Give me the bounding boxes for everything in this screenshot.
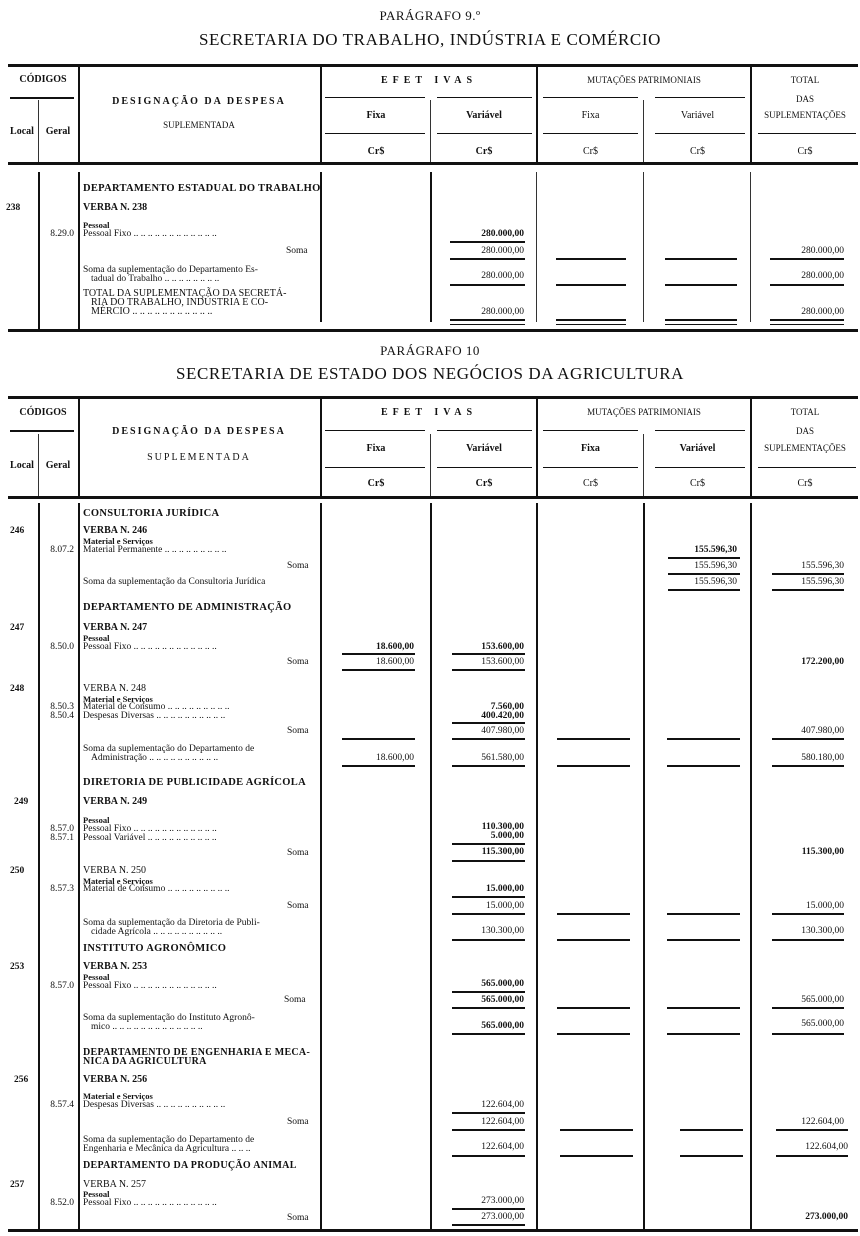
currency-2-2: Cr$ — [432, 478, 536, 489]
efet-var-565000: 565.000,00 — [432, 979, 524, 989]
verba-256: VERBA N. 256 — [83, 1075, 147, 1085]
local-header-2: Local — [6, 460, 38, 471]
item-pessoal-fixo-247: Pessoal Fixo .. .. .. .. .. .. .. .. .. … — [83, 642, 217, 652]
sup-consultoria-label: Soma da suplementação da Consultoria Jur… — [83, 577, 265, 587]
verba-250: VERBA N. 250 — [83, 866, 146, 876]
code-8-57-0-253: 8.57.0 — [38, 981, 74, 991]
verba-253: VERBA N. 253 — [83, 962, 147, 972]
verba-247: VERBA N. 247 — [83, 623, 147, 633]
sup-administracao-label-2: Administração .. .. .. .. .. .. .. .. ..… — [91, 753, 218, 763]
soma-257: Soma — [287, 1213, 309, 1223]
item-material-consumo-250: Material de Consumo .. .. .. .. .. .. ..… — [83, 884, 229, 894]
sup-engenharia-var: 122.604,00 — [432, 1142, 524, 1152]
geral-header-2: Geral — [38, 460, 78, 471]
mutacoes-fixa-header-2: Fixa — [538, 443, 643, 454]
soma-256: Soma — [287, 1117, 309, 1127]
code-8-50-4: 8.50.4 — [38, 711, 74, 721]
soma-257-total: 273.000,00 — [752, 1212, 848, 1222]
item-label: Pessoal Fixo .. .. .. .. .. .. .. .. .. … — [83, 229, 217, 239]
item-despesas-diversas-248: Despesas Diversas .. .. .. .. .. .. .. .… — [83, 711, 225, 721]
efetivas-variavel-header: Variável — [432, 110, 536, 121]
total-header-3: SUPLEMENTAÇÕES — [752, 110, 858, 120]
total-header-2-2: DAS — [752, 426, 858, 436]
efet-var-153600: 153.600,00 — [432, 642, 524, 652]
sup-administracao-var: 561.580,00 — [432, 753, 524, 763]
currency-5: Cr$ — [752, 146, 858, 157]
soma-total-value: 280.000,00 — [752, 246, 844, 256]
soma-variavel-value: 280.000,00 — [432, 246, 524, 256]
section-title-2: SECRETARIA DE ESTADO DOS NEGÓCIOS DA AGR… — [0, 364, 860, 384]
dept-consultoria: CONSULTORIA JURÍDICA — [83, 509, 219, 519]
local-header: Local — [6, 126, 38, 137]
total-header-2-1: TOTAL — [752, 407, 858, 417]
suplementada-header-2: SUPLEMENTADA — [80, 452, 318, 463]
verba-249: VERBA N. 249 — [83, 797, 147, 807]
soma-label: Soma — [286, 246, 308, 256]
item-pessoal-fixo-257: Pessoal Fixo .. .. .. .. .. .. .. .. .. … — [83, 1198, 217, 1208]
local-250: 250 — [10, 866, 24, 876]
total-variavel-value: 280.000,00 — [432, 307, 524, 317]
currency-3: Cr$ — [538, 146, 643, 157]
efet-var-273000: 273.000,00 — [432, 1196, 524, 1206]
item-material-permanente: Material Permanente .. .. .. .. .. .. ..… — [83, 545, 227, 555]
currency-4: Cr$ — [645, 146, 750, 157]
currency-2-3: Cr$ — [538, 478, 643, 489]
sup-engenharia-total: 122.604,00 — [752, 1142, 848, 1152]
soma-246: Soma — [287, 561, 309, 571]
code-8-57-1: 8.57.1 — [38, 833, 74, 843]
codigos-header-2: CÓDIGOS — [8, 407, 78, 418]
sup-label-2: tadual do Trabalho .. .. .. .. .. .. .. … — [91, 274, 219, 284]
section-title: SECRETARIA DO TRABALHO, INDÚSTRIA E COMÉ… — [0, 30, 860, 50]
verba-label: VERBA N. 238 — [83, 203, 147, 213]
soma-247-total: 172.200,00 — [752, 657, 844, 667]
local-248: 248 — [10, 684, 24, 694]
local-246: 246 — [10, 526, 24, 536]
geral-header: Geral — [38, 126, 78, 137]
code-8-50-0: 8.50.0 — [38, 642, 74, 652]
efetivas-header-2: EFET IVAS — [322, 407, 536, 418]
verba-local-code: 238 — [6, 203, 20, 213]
code-8-07-2: 8.07.2 — [38, 545, 74, 555]
local-247: 247 — [10, 623, 24, 633]
sup-consultoria-mut-var: 155.596,30 — [645, 577, 737, 587]
mutacoes-variavel-header: Variável — [645, 110, 750, 121]
dept-producao: DEPARTAMENTO DA PRODUÇÃO ANIMAL — [83, 1161, 297, 1171]
geral-code: 8.29.0 — [38, 229, 74, 239]
dept-engenharia-2: NICA DA AGRICULTURA — [83, 1057, 207, 1067]
sup-administracao-fixa: 18.600,00 — [322, 753, 414, 763]
suplementada-header: SUPLEMENTADA — [80, 120, 318, 130]
item-pessoal-variavel-249: Pessoal Variável .. .. .. .. .. .. .. ..… — [83, 833, 217, 843]
soma-256-var: 122.604,00 — [432, 1117, 524, 1127]
item-pessoal-fixo-253: Pessoal Fixo .. .. .. .. .. .. .. .. .. … — [83, 981, 217, 991]
soma-253-var: 565.000,00 — [432, 995, 524, 1005]
total-header-2-3: SUPLEMENTAÇÕES — [752, 443, 858, 453]
currency-2: Cr$ — [432, 146, 536, 157]
mut-var-155596: 155.596,30 — [645, 545, 737, 555]
sup-publicidade-var: 130.300,00 — [432, 926, 524, 936]
efet-var-5000: 5.000,00 — [432, 831, 524, 841]
efetivas-variavel-value: 280.000,00 — [432, 229, 524, 239]
soma-256-total: 122.604,00 — [752, 1117, 844, 1127]
total-header-2: DAS — [752, 94, 858, 104]
codigos-header: CÓDIGOS — [8, 74, 78, 85]
sup-engenharia-label-2: Engenharia e Mecânica da Agricultura .. … — [83, 1144, 251, 1154]
code-8-57-4: 8.57.4 — [38, 1100, 74, 1110]
dept-title: DEPARTAMENTO ESTADUAL DO TRABALHO — [83, 184, 321, 194]
soma-248-total: 407.980,00 — [752, 726, 844, 736]
sup-administracao-total: 580.180,00 — [752, 753, 844, 763]
efet-var-400420: 400.420,00 — [432, 711, 524, 721]
sup-variavel-value: 280.000,00 — [432, 271, 524, 281]
dept-publicidade: DIRETORIA DE PUBLICIDADE AGRÍCOLA — [83, 778, 306, 788]
total-header-1: TOTAL — [752, 75, 858, 85]
local-253: 253 — [10, 962, 24, 972]
soma-253-total: 565.000,00 — [752, 995, 844, 1005]
sup-consultoria-total: 155.596,30 — [752, 577, 844, 587]
soma-246-total: 155.596,30 — [752, 561, 844, 571]
item-despesas-diversas-256: Despesas Diversas .. .. .. .. .. .. .. .… — [83, 1100, 225, 1110]
soma-249-var: 115.300,00 — [432, 847, 524, 857]
paragraph-label: PARÁGRAFO 9.º — [0, 8, 860, 24]
soma-249: Soma — [287, 848, 309, 858]
soma-249-total: 115.300,00 — [752, 847, 844, 857]
dept-agronomico: INSTITUTO AGRONÔMICO — [83, 944, 226, 954]
sup-agronomico-label-2: mico .. .. .. .. .. .. .. .. .. .. .. ..… — [91, 1022, 203, 1032]
currency-2-1: Cr$ — [322, 478, 430, 489]
currency-2-4: Cr$ — [645, 478, 750, 489]
dept-administracao: DEPARTAMENTO DE ADMINISTRAÇÃO — [83, 603, 291, 613]
currency-1: Cr$ — [322, 146, 430, 157]
soma-247-var: 153.600,00 — [432, 657, 524, 667]
mutacoes-header: MUTAÇÕES PATRIMONIAIS — [538, 75, 750, 85]
soma-248-var: 407.980,00 — [432, 726, 524, 736]
local-249: 249 — [14, 797, 28, 807]
code-8-52-0: 8.52.0 — [38, 1198, 74, 1208]
total-total-value: 280.000,00 — [752, 307, 844, 317]
verba-248: VERBA N. 248 — [83, 684, 146, 694]
soma-250-var: 15.000,00 — [432, 901, 524, 911]
total-label-3: MÉRCIO .. .. .. .. .. .. .. .. .. .. .. — [91, 307, 212, 317]
soma-250-total: 15.000,00 — [752, 901, 844, 911]
local-257: 257 — [10, 1180, 24, 1190]
soma-250: Soma — [287, 901, 309, 911]
sup-total-value: 280.000,00 — [752, 271, 844, 281]
mutacoes-variavel-header-2: Variável — [645, 443, 750, 454]
efet-var-122604: 122.604,00 — [432, 1100, 524, 1110]
sup-agronomico-var: 565.000,00 — [432, 1021, 524, 1031]
mutacoes-fixa-header: Fixa — [538, 110, 643, 121]
mutacoes-header-2: MUTAÇÕES PATRIMONIAIS — [538, 407, 750, 417]
efetivas-fixa-header-2: Fixa — [322, 443, 430, 454]
soma-257-var: 273.000,00 — [432, 1212, 524, 1222]
paragraph-label-2: PARÁGRAFO 10 — [0, 343, 860, 359]
currency-2-5: Cr$ — [752, 478, 858, 489]
soma-253: Soma — [284, 995, 306, 1005]
sup-publicidade-label-2: cidade Agrícola .. .. .. .. .. .. .. .. … — [91, 927, 222, 937]
soma-247: Soma — [287, 657, 309, 667]
local-256: 256 — [14, 1075, 28, 1085]
efet-var-15000: 15.000,00 — [432, 884, 524, 894]
soma-248: Soma — [287, 726, 309, 736]
code-8-57-3: 8.57.3 — [38, 884, 74, 894]
designacao-header-2: DESIGNAÇÃO DA DESPESA — [80, 426, 318, 437]
sup-publicidade-total: 130.300,00 — [752, 926, 844, 936]
verba-246: VERBA N. 246 — [83, 526, 147, 536]
designacao-header: DESIGNAÇÃO DA DESPESA — [80, 96, 318, 107]
soma-246-mut-var: 155.596,30 — [645, 561, 737, 571]
efet-fixa-18600: 18.600,00 — [322, 642, 414, 652]
efetivas-fixa-header: Fixa — [322, 110, 430, 121]
efetivas-variavel-header-2: Variável — [432, 443, 536, 454]
efetivas-header: EFET IVAS — [322, 75, 536, 86]
sup-agronomico-total: 565.000,00 — [752, 1019, 844, 1029]
soma-247-fixa: 18.600,00 — [322, 657, 414, 667]
